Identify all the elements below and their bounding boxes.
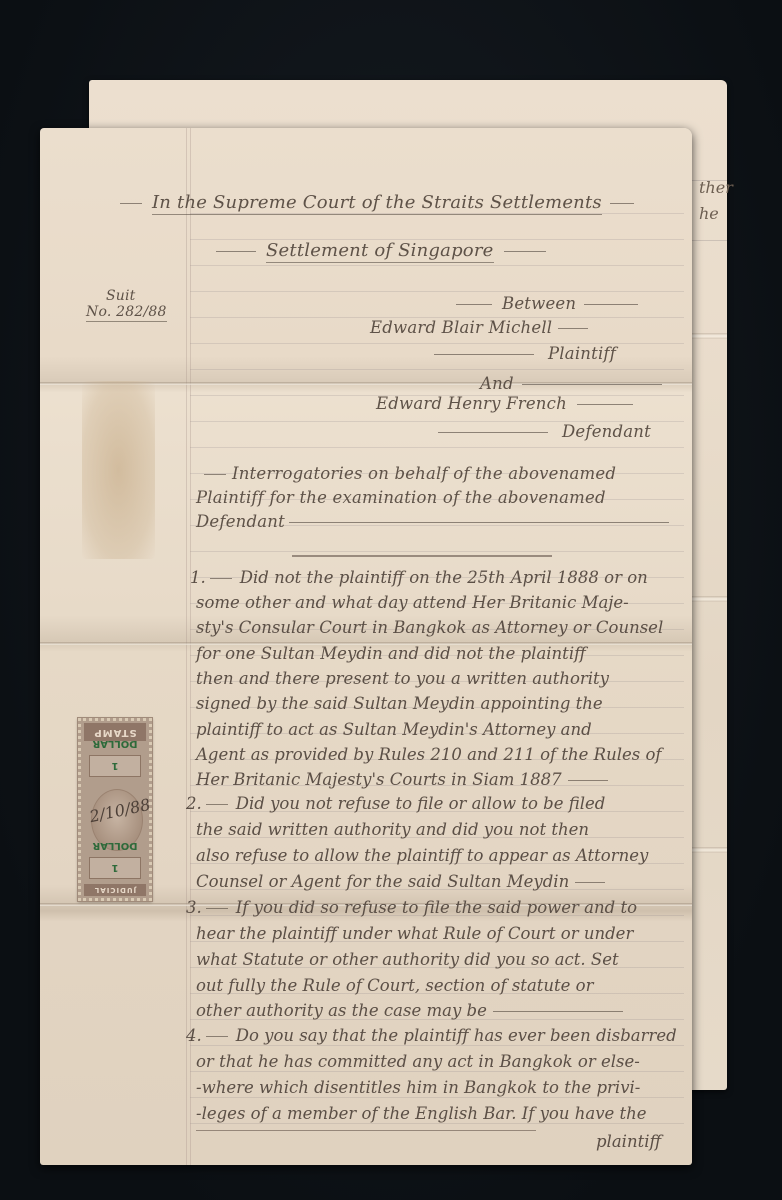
interrogatories-title-line-3: Defendant [196,512,669,531]
defendant-role: Defendant [438,422,651,441]
interrogatory-number: 3. [186,898,202,917]
interrogatory-1-line: sty's Consular Court in Bangkok as Attor… [196,618,663,637]
court-heading: In the Supreme Court of the Straits Sett… [120,192,634,213]
settlement-name: Settlement of Singapore [266,240,494,263]
interrogatory-3-line: out fully the Rule of Court, section of … [196,976,594,995]
suit-label: Suit [106,288,136,304]
interrogatory-3-line: what Statute or other authority did you … [196,950,619,969]
plaintiff-role-text: Plaintiff [548,344,616,363]
stamp-value-bottom: 1 DOLLAR [89,857,141,879]
catchword: plaintiff [596,1132,661,1151]
plaintiff-name-text: Edward Blair Michell [370,318,552,337]
interrogatory-1-line: 1.Did not the plaintiff on the 25th Apri… [190,568,648,587]
interrogatory-3-line: hear the plaintiff under what Rule of Co… [196,924,633,943]
left-margin-line [186,128,187,1165]
interrogatory-1-line: Agent as provided by Rules 210 and 211 o… [196,745,662,764]
revenue-stamp: STAMP 1 DOLLAR 2/10/88 1 DOLLAR JUDICIAL [78,718,152,901]
suit-number: No. 282/88 [86,304,167,322]
interrogatory-text: Do you say that the plaintiff has ever b… [236,1026,677,1045]
interrogatory-1-line: then and there present to you a written … [196,669,609,688]
interrogatory-3-line: other authority as the case may be [196,1001,623,1020]
title-text: Interrogatories on behalf of the abovena… [232,464,616,483]
front-sheet: In the Supreme Court of the Straits Sett… [40,128,692,1165]
interrogatory-text: Counsel or Agent for the said Sultan Mey… [196,872,569,891]
interrogatory-1-line: Her Britanic Majesty's Courts in Siam 18… [196,770,608,789]
plaintiff-role: Plaintiff [434,344,616,363]
interrogatory-2-line: Counsel or Agent for the said Sultan Mey… [196,872,605,891]
and-label: And [480,374,662,393]
between-label: Between [456,294,638,313]
plaintiff-name: Edward Blair Michell [370,318,588,337]
and-text: And [480,374,514,393]
interrogatory-number: 2. [186,794,202,813]
ruled-line [689,240,727,241]
interrogatory-4-line: -leges of a member of the English Bar. I… [196,1104,647,1123]
interrogatory-3-line: 3.If you did so refuse to file the said … [186,898,637,917]
title-text: Defendant [196,512,285,531]
defendant-role-text: Defendant [562,422,651,441]
defendant-name-text: Edward Henry French [376,394,567,413]
interrogatory-text: Did not the plaintiff on the 25th April … [240,568,648,587]
glue-stain [82,381,155,559]
interrogatories-title-line-2: Plaintiff for the examination of the abo… [196,488,606,507]
interrogatory-text: other authority as the case may be [196,1001,487,1020]
interrogatory-2-line: 2.Did you not refuse to file or allow to… [186,794,605,813]
interrogatory-1-line: for one Sultan Meydin and did not the pl… [196,644,586,663]
interrogatory-text: If you did so refuse to file the said po… [236,898,637,917]
interrogatory-text: Her Britanic Majesty's Courts in Siam 18… [196,770,562,789]
between-text: Between [502,294,576,313]
interrogatory-1-line: some other and what day attend Her Brita… [196,593,629,612]
defendant-name: Edward Henry French [376,394,633,413]
left-margin-line [190,128,191,1165]
court-name: In the Supreme Court of the Straits Sett… [152,192,602,215]
interrogatory-2-line: the said written authority and did you n… [196,820,589,839]
interrogatory-2-line: also refuse to allow the plaintiff to ap… [196,846,648,865]
interrogatory-4-line: -where which disentitles him in Bangkok … [196,1078,640,1097]
interrogatory-4-line: or that he has committed any act in Bang… [196,1052,640,1071]
interrogatory-text: Did you not refuse to file or allow to b… [236,794,606,813]
interrogatory-1-line: signed by the said Sultan Meydin appoint… [196,694,603,713]
settlement-heading: Settlement of Singapore [216,240,546,261]
interrogatory-4-line: 4.Do you say that the plaintiff has ever… [186,1026,677,1045]
interrogatory-number: 4. [186,1026,202,1045]
separator-rule [292,555,552,557]
separator-rule [196,1130,536,1131]
stamp-value-top: 1 DOLLAR [89,755,141,777]
back-sheet-fragment: ther [699,178,733,197]
back-sheet-fragment: he [699,204,719,223]
stamp-footer: JUDICIAL [84,884,146,896]
interrogatory-1-line: plaintiff to act as Sultan Meydin's Atto… [196,720,592,739]
interrogatories-title-line-1: Interrogatories on behalf of the abovena… [204,464,616,483]
interrogatory-number: 1. [190,568,206,587]
